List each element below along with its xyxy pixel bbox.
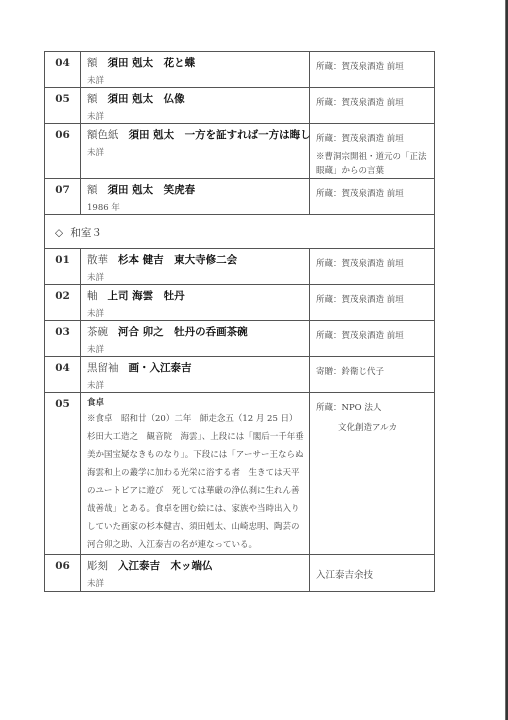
item-description: 黒留袖 画・入江泰吉 未詳 (81, 357, 310, 393)
item-number: 05 (45, 393, 81, 555)
item-description: 額色紙 須田 剋太 一方を証すれば一方は晦し 未詳 (81, 124, 310, 179)
item-date: 未詳 (87, 75, 309, 87)
item-date: 未詳 (87, 380, 309, 392)
table-row: 05 額 須田 剋太 仏像 未詳 所蔵：賀茂泉酒造 前垣 (45, 88, 435, 124)
section-heading-row: ◇ 和室３ (45, 215, 435, 249)
item-note-cell: 所蔵：NPO 法人 文化創造アルカ (310, 393, 435, 555)
item-note: 所蔵：賀茂泉酒造 前垣 (310, 285, 435, 321)
item-description: 額 須田 剋太 仏像 未詳 (81, 88, 310, 124)
item-date: 未詳 (87, 111, 309, 123)
item-number: 06 (45, 555, 81, 592)
table-row: 05 食卓 ※食卓 昭和廿（20）二年 師走念五（12 月 25 日）杉田大工造… (45, 393, 435, 555)
item-date: 未詳 (87, 147, 309, 159)
item-description: 軸 上司 海雲 牡丹 未詳 (81, 285, 310, 321)
item-note: 所蔵：賀茂泉酒造 前垣 (310, 88, 435, 124)
item-number: 03 (45, 321, 81, 357)
table-row: 06 額色紙 須田 剋太 一方を証すれば一方は晦し 未詳 所蔵：賀茂泉酒造 前垣… (45, 124, 435, 179)
item-date: 未詳 (87, 578, 309, 590)
item-note: 入江泰吉余技 (310, 555, 435, 592)
item-date: 未詳 (87, 308, 309, 320)
item-note-cell: 所蔵：賀茂泉酒造 前垣 ※曹洞宗開祖・道元の「正法眼蔵」からの言葉 (310, 124, 435, 179)
item-number: 02 (45, 285, 81, 321)
item-type: 額 (87, 183, 98, 197)
item-description: 茶碗 河合 卯之 牡丹の呑画茶碗 未詳 (81, 321, 310, 357)
item-note: 所蔵：賀茂泉酒造 前垣 (310, 179, 435, 215)
table-row: 04 額 須田 剋太 花と蝶 未詳 所蔵：賀茂泉酒造 前垣 (45, 52, 435, 88)
item-note: 所蔵：賀茂泉酒造 前垣 (310, 249, 435, 285)
table-row: 01 散華 杉本 健吉 東大寺修二会 未詳 所蔵：賀茂泉酒造 前垣 (45, 249, 435, 285)
item-note: 寄贈：鈴衛じ代子 (310, 357, 435, 393)
item-number: 05 (45, 88, 81, 124)
item-type: 茶碗 (87, 325, 108, 339)
item-number: 06 (45, 124, 81, 179)
item-date: 1986 年 (87, 202, 309, 214)
item-note-extra: ※曹洞宗開祖・道元の「正法眼蔵」からの言葉 (316, 150, 434, 178)
diamond-icon: ◇ (55, 227, 63, 239)
table-row: 03 茶碗 河合 卯之 牡丹の呑画茶碗 未詳 所蔵：賀茂泉酒造 前垣 (45, 321, 435, 357)
item-artist-title: 上司 海雲 牡丹 (108, 289, 185, 303)
section-title: 和室３ (70, 227, 102, 239)
item-long-description: ※食卓 昭和廿（20）二年 師走念五（12 月 25 日）杉田大工造之 観音院 … (87, 410, 309, 554)
item-type: 額 (87, 92, 98, 106)
item-type: 散華 (87, 253, 108, 267)
item-artist-title: 河合 卯之 牡丹の呑画茶碗 (118, 325, 248, 339)
item-note-extra: 文化創造アルカ (316, 421, 434, 435)
item-artist-title: 画・入江泰吉 (129, 361, 192, 375)
table-row: 02 軸 上司 海雲 牡丹 未詳 所蔵：賀茂泉酒造 前垣 (45, 285, 435, 321)
item-artist-title: 須田 剋太 一方を証すれば一方は晦し (129, 128, 311, 142)
item-date: 未詳 (87, 272, 309, 284)
item-note: 所蔵：賀茂泉酒造 前垣 (316, 132, 434, 146)
item-description: 彫刻 入江泰吉 木ッ端仏 未詳 (81, 555, 310, 592)
item-number: 04 (45, 52, 81, 88)
item-type: 額色紙 (87, 128, 119, 142)
artwork-catalog-table: 04 額 須田 剋太 花と蝶 未詳 所蔵：賀茂泉酒造 前垣 05 額 須田 剋太… (44, 51, 435, 592)
item-type: 額 (87, 56, 98, 70)
item-note: 所蔵：NPO 法人 (316, 401, 434, 415)
item-number: 01 (45, 249, 81, 285)
item-type: 黒留袖 (87, 361, 119, 375)
item-artist-title: 須田 剋太 仏像 (108, 92, 185, 106)
section-heading: ◇ 和室３ (45, 215, 435, 249)
item-type: 食卓 (87, 397, 309, 409)
item-number: 04 (45, 357, 81, 393)
item-note: 所蔵：賀茂泉酒造 前垣 (310, 321, 435, 357)
item-artist-title: 入江泰吉 木ッ端仏 (118, 559, 213, 573)
table-row: 04 黒留袖 画・入江泰吉 未詳 寄贈：鈴衛じ代子 (45, 357, 435, 393)
item-description: 食卓 ※食卓 昭和廿（20）二年 師走念五（12 月 25 日）杉田大工造之 観… (81, 393, 310, 555)
item-description: 額 須田 剋太 花と蝶 未詳 (81, 52, 310, 88)
item-number: 07 (45, 179, 81, 215)
table-row: 06 彫刻 入江泰吉 木ッ端仏 未詳 入江泰吉余技 (45, 555, 435, 592)
item-artist-title: 須田 剋太 笑虎春 (108, 183, 196, 197)
item-type: 軸 (87, 289, 98, 303)
item-description: 散華 杉本 健吉 東大寺修二会 未詳 (81, 249, 310, 285)
item-artist-title: 杉本 健吉 東大寺修二会 (118, 253, 237, 267)
item-type: 彫刻 (87, 559, 108, 573)
item-description: 額 須田 剋太 笑虎春 1986 年 (81, 179, 310, 215)
table-row: 07 額 須田 剋太 笑虎春 1986 年 所蔵：賀茂泉酒造 前垣 (45, 179, 435, 215)
item-artist-title: 須田 剋太 花と蝶 (108, 56, 196, 70)
item-note: 所蔵：賀茂泉酒造 前垣 (310, 52, 435, 88)
item-date: 未詳 (87, 344, 309, 356)
